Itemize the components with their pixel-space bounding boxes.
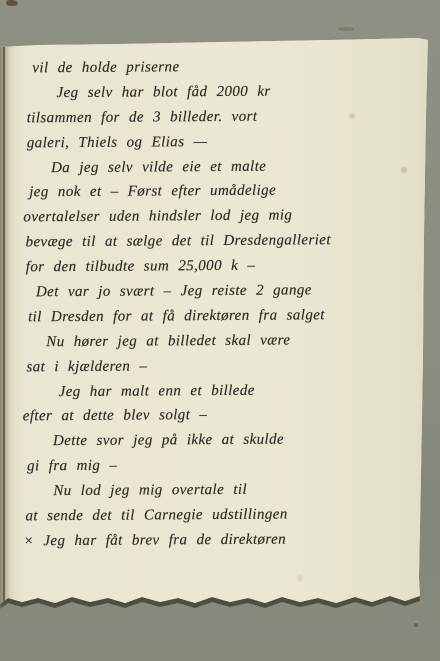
- handwritten-line: bevæge til at sælge det til Dresdengalle…: [25, 228, 429, 256]
- handwritten-line: Nu hører jeg at billedet skal være: [46, 327, 430, 355]
- red-corner-mark: [6, 0, 18, 6]
- handwritten-line: Det var jo svært – Jeg reiste 2 gange: [36, 278, 430, 306]
- background-speck: [414, 623, 418, 627]
- handwritten-line: efter at dette blev solgt –: [23, 402, 431, 430]
- handwritten-line: Jeg har malt enn et billede: [59, 377, 431, 404]
- handwritten-line: Jeg selv har blot fåd 2000 kr: [56, 78, 428, 105]
- handwritten-line: vil de holde priserne: [32, 54, 428, 82]
- photo-background: vil de holde priserneJeg selv har blot f…: [0, 0, 440, 661]
- handwritten-line: × Jeg har fåt brev fra de direktøren: [24, 526, 432, 554]
- handwritten-line: Da jeg selv vilde eie et malte: [51, 153, 429, 181]
- handwritten-line: tilsammen for de 3 billeder. vort: [27, 103, 429, 131]
- background-smudge: [338, 27, 354, 31]
- handwritten-line: at sende det til Carnegie udstillingen: [25, 502, 431, 530]
- handwritten-line: gi fra mig –: [27, 452, 431, 480]
- handwritten-line: Dette svor jeg på ikke at skulde: [53, 427, 431, 455]
- handwriting-lines: vil de holde priserneJeg selv har blot f…: [0, 54, 432, 555]
- letter-page: vil de holde priserneJeg selv har blot f…: [0, 38, 430, 608]
- handwritten-line: galeri, Thiels og Elias —: [27, 128, 429, 156]
- handwritten-line: til Dresden for at få direktøren fra sal…: [28, 302, 430, 330]
- handwritten-line: for den tilbudte sum 25,000 k –: [26, 253, 430, 281]
- handwritten-line: Nu lod jeg mig overtale til: [53, 477, 431, 505]
- handwritten-line: overtalelser uden hindsler lod jeg mig: [23, 203, 429, 231]
- handwritten-line: jeg nok et – Først efter umådelige: [29, 178, 429, 206]
- handwritten-line: sat i kjælderen –: [26, 352, 430, 380]
